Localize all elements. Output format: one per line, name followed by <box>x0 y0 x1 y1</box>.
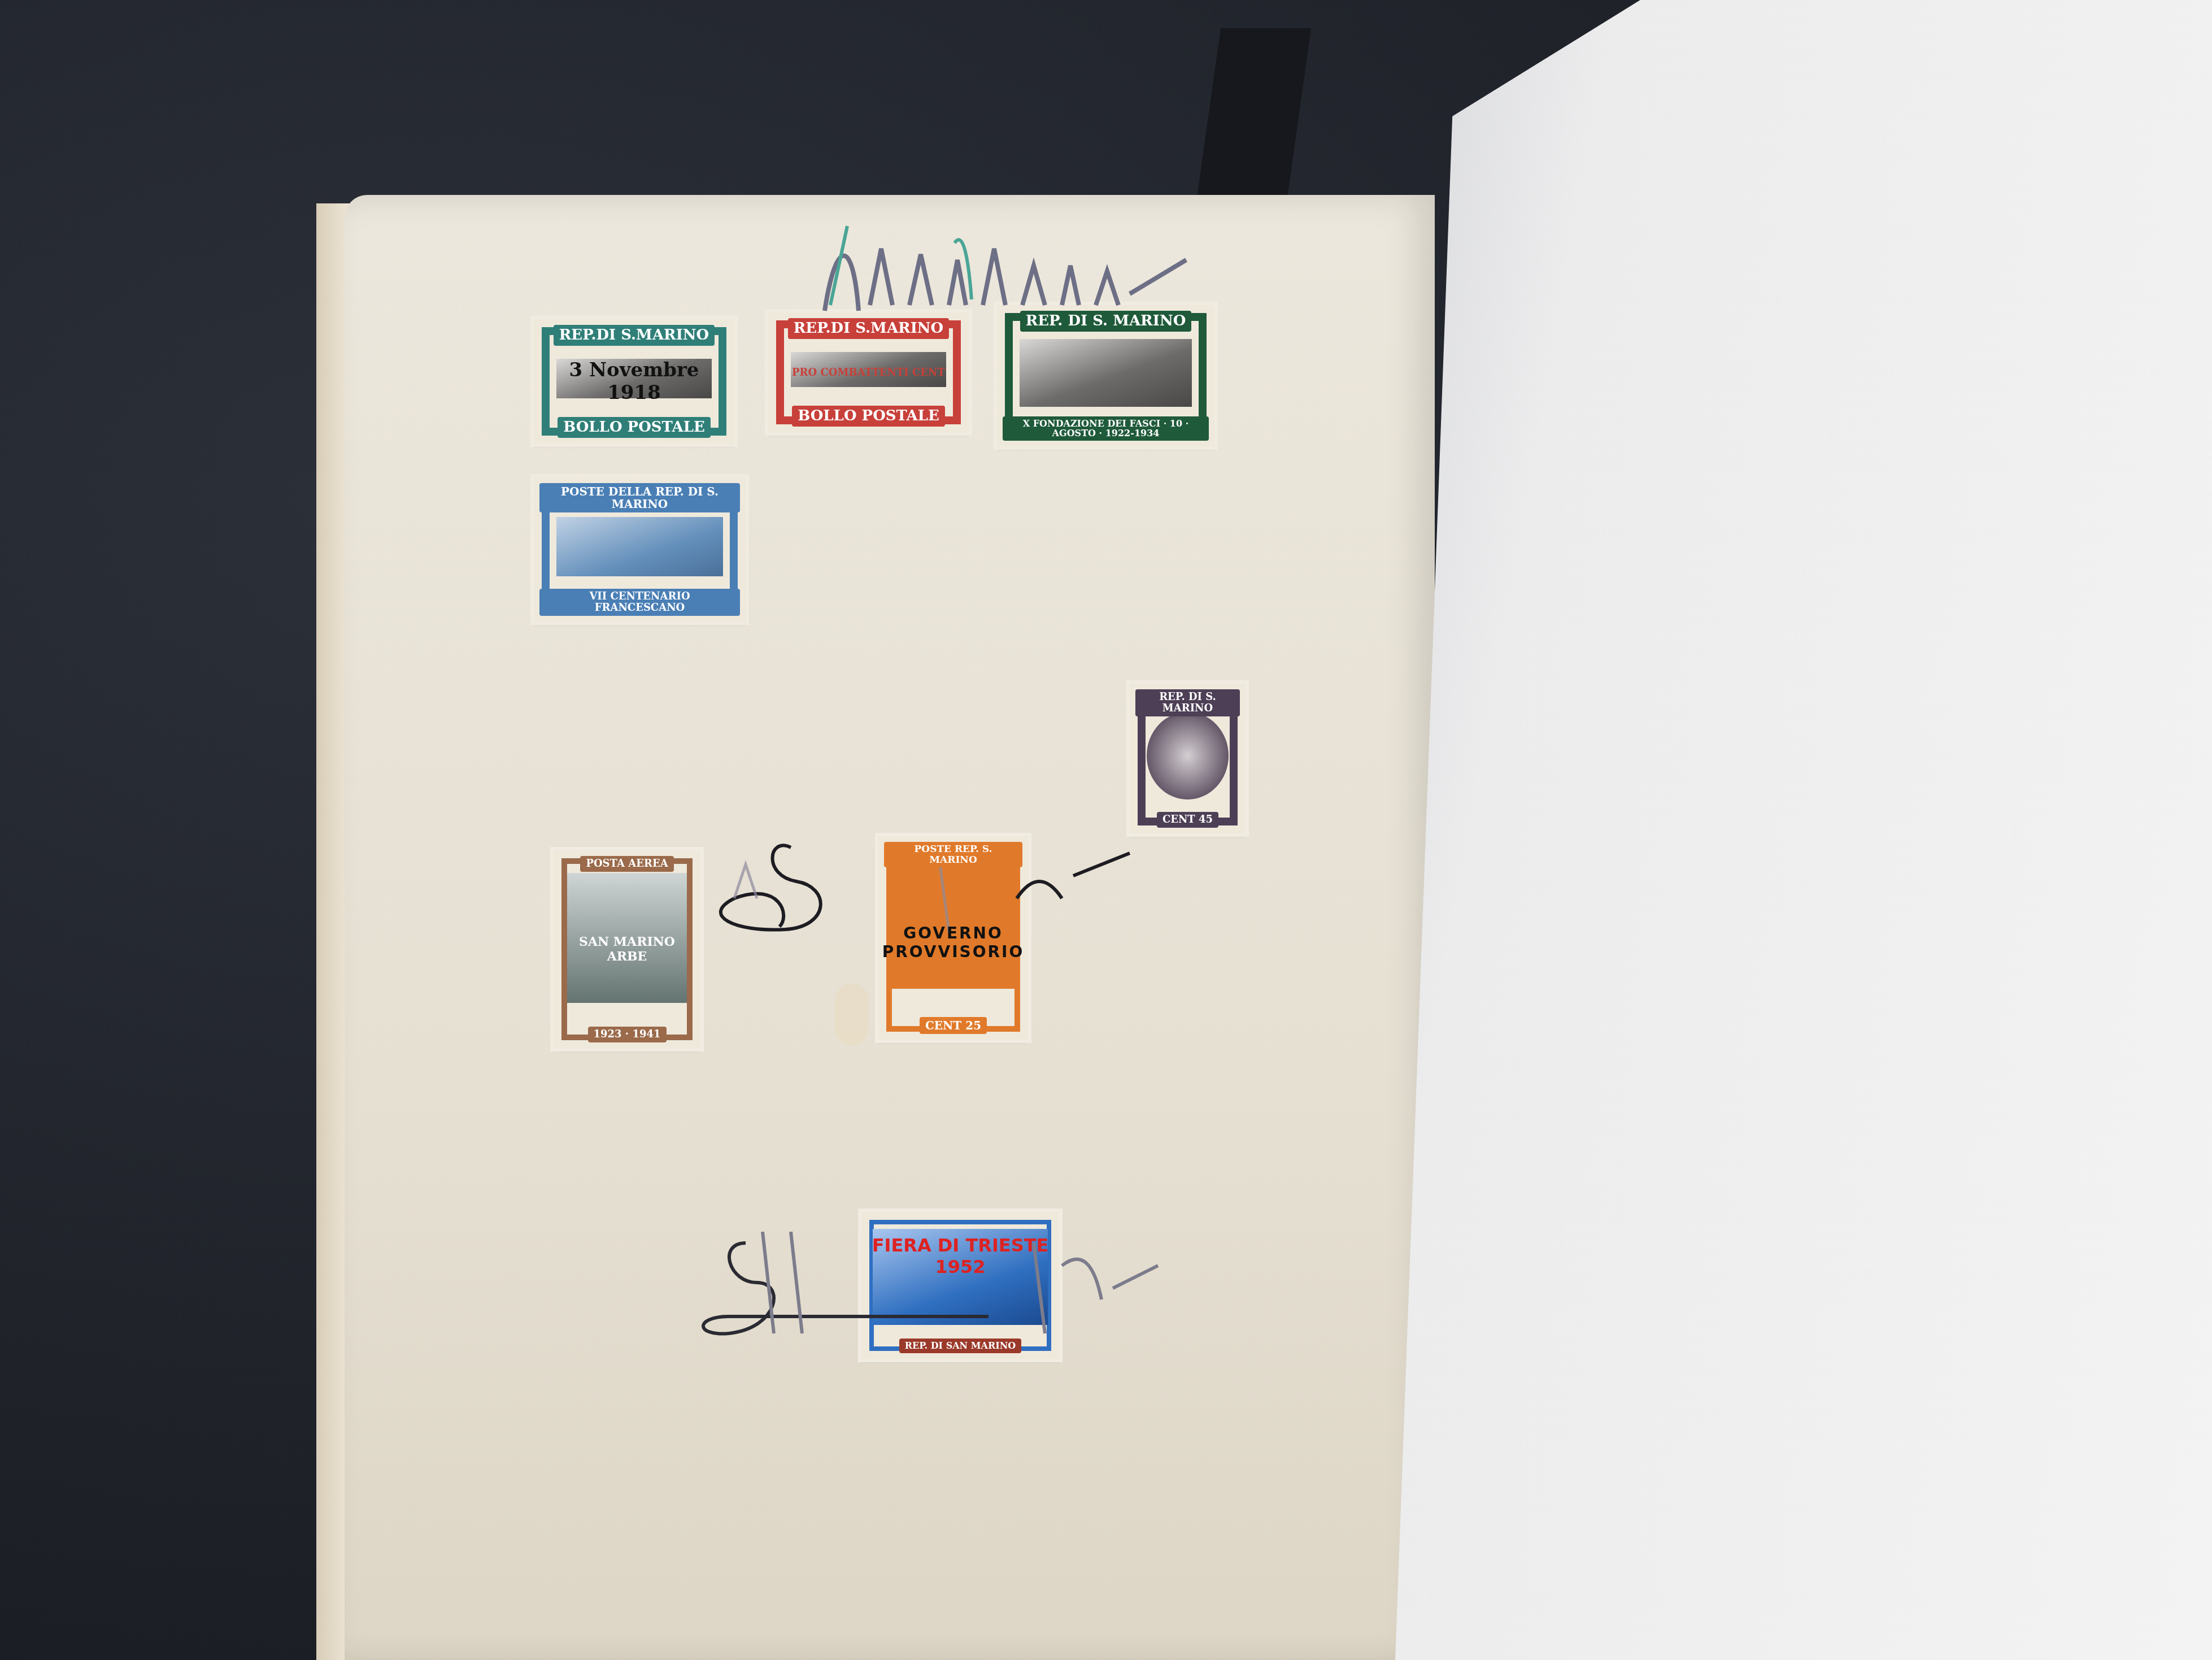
stamp-45-cent-portrait: REP. DI S. MARINO CENT 45 <box>1130 684 1246 833</box>
stamp-posta-aerea-arbe: POSTA AEREA SAN MARINO ARBE 1923 · 1941 <box>554 850 700 1048</box>
stamp-lire-tre: REP.DI S.MARINO PRO COMBATTENTI CENT BOL… <box>768 312 969 432</box>
handwritten-note-top <box>813 215 1198 316</box>
hinge-residue <box>835 983 869 1045</box>
stamp-centenario-francescano: POSTE DELLA REP. DI S. MARINO VII CENTEN… <box>534 477 746 622</box>
stamp-governo-provvisorio: POSTE REP. S. MARINO GOVERNO PROVVISORIO… <box>878 836 1028 1040</box>
stamp-fondazione-fasci: REP. DI S. MARINO X FONDAZIONE DEI FASCI… <box>997 305 1214 446</box>
stamp-lire-una-1918: REP.DI S.MARINO 3 Novembre 1918 BOLLO PO… <box>534 319 734 444</box>
album-page-right <box>1395 0 2212 1660</box>
